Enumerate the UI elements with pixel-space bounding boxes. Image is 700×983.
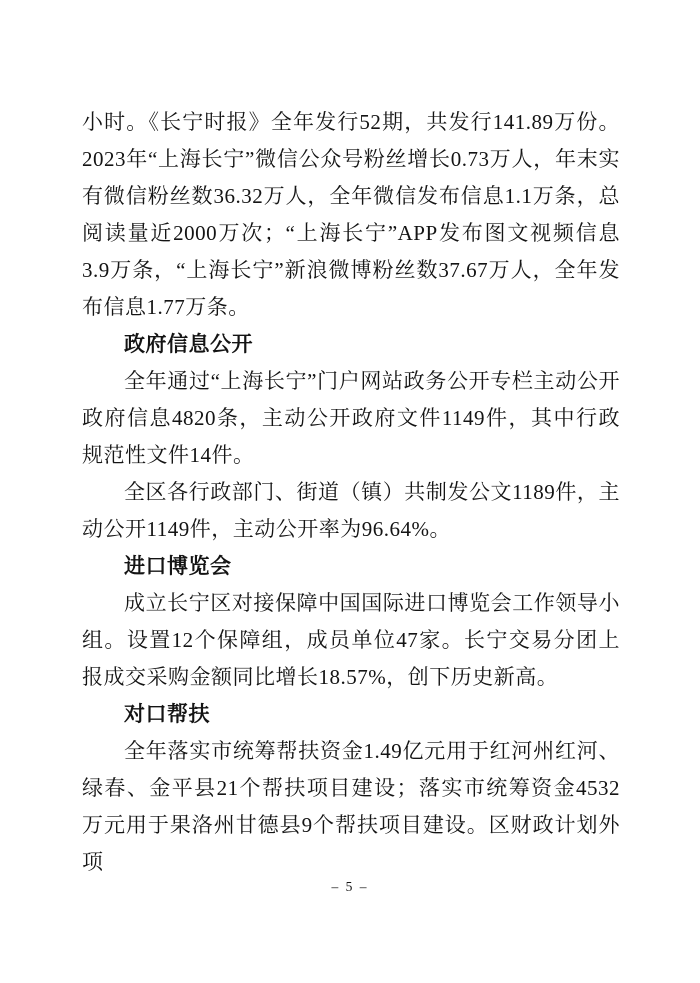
page-content: 小时。《长宁时报》全年发行52期，共发行141.89万份。2023年“上海长宁”…: [82, 104, 620, 881]
body-paragraph: 全年落实市统筹帮扶资金1.49亿元用于红河州红河、绿春、金平县21个帮扶项目建设…: [82, 733, 620, 881]
body-paragraph: 全区各行政部门、街道（镇）共制发公文1189件，主动公开1149件，主动公开率为…: [82, 474, 620, 548]
body-paragraph: 小时。《长宁时报》全年发行52期，共发行141.89万份。2023年“上海长宁”…: [82, 104, 620, 326]
section-heading: 政府信息公开: [82, 326, 620, 363]
body-paragraph: 全年通过“上海长宁”门户网站政务公开专栏主动公开政府信息4820条，主动公开政府…: [82, 363, 620, 474]
page-number: – 5 –: [332, 879, 369, 894]
section-heading: 对口帮扶: [82, 696, 620, 733]
page-footer: – 5 –: [0, 878, 700, 896]
body-paragraph: 成立长宁区对接保障中国国际进口博览会工作领导小组。设置12个保障组，成员单位47…: [82, 585, 620, 696]
section-heading: 进口博览会: [82, 548, 620, 585]
document-page: 小时。《长宁时报》全年发行52期，共发行141.89万份。2023年“上海长宁”…: [0, 0, 700, 983]
